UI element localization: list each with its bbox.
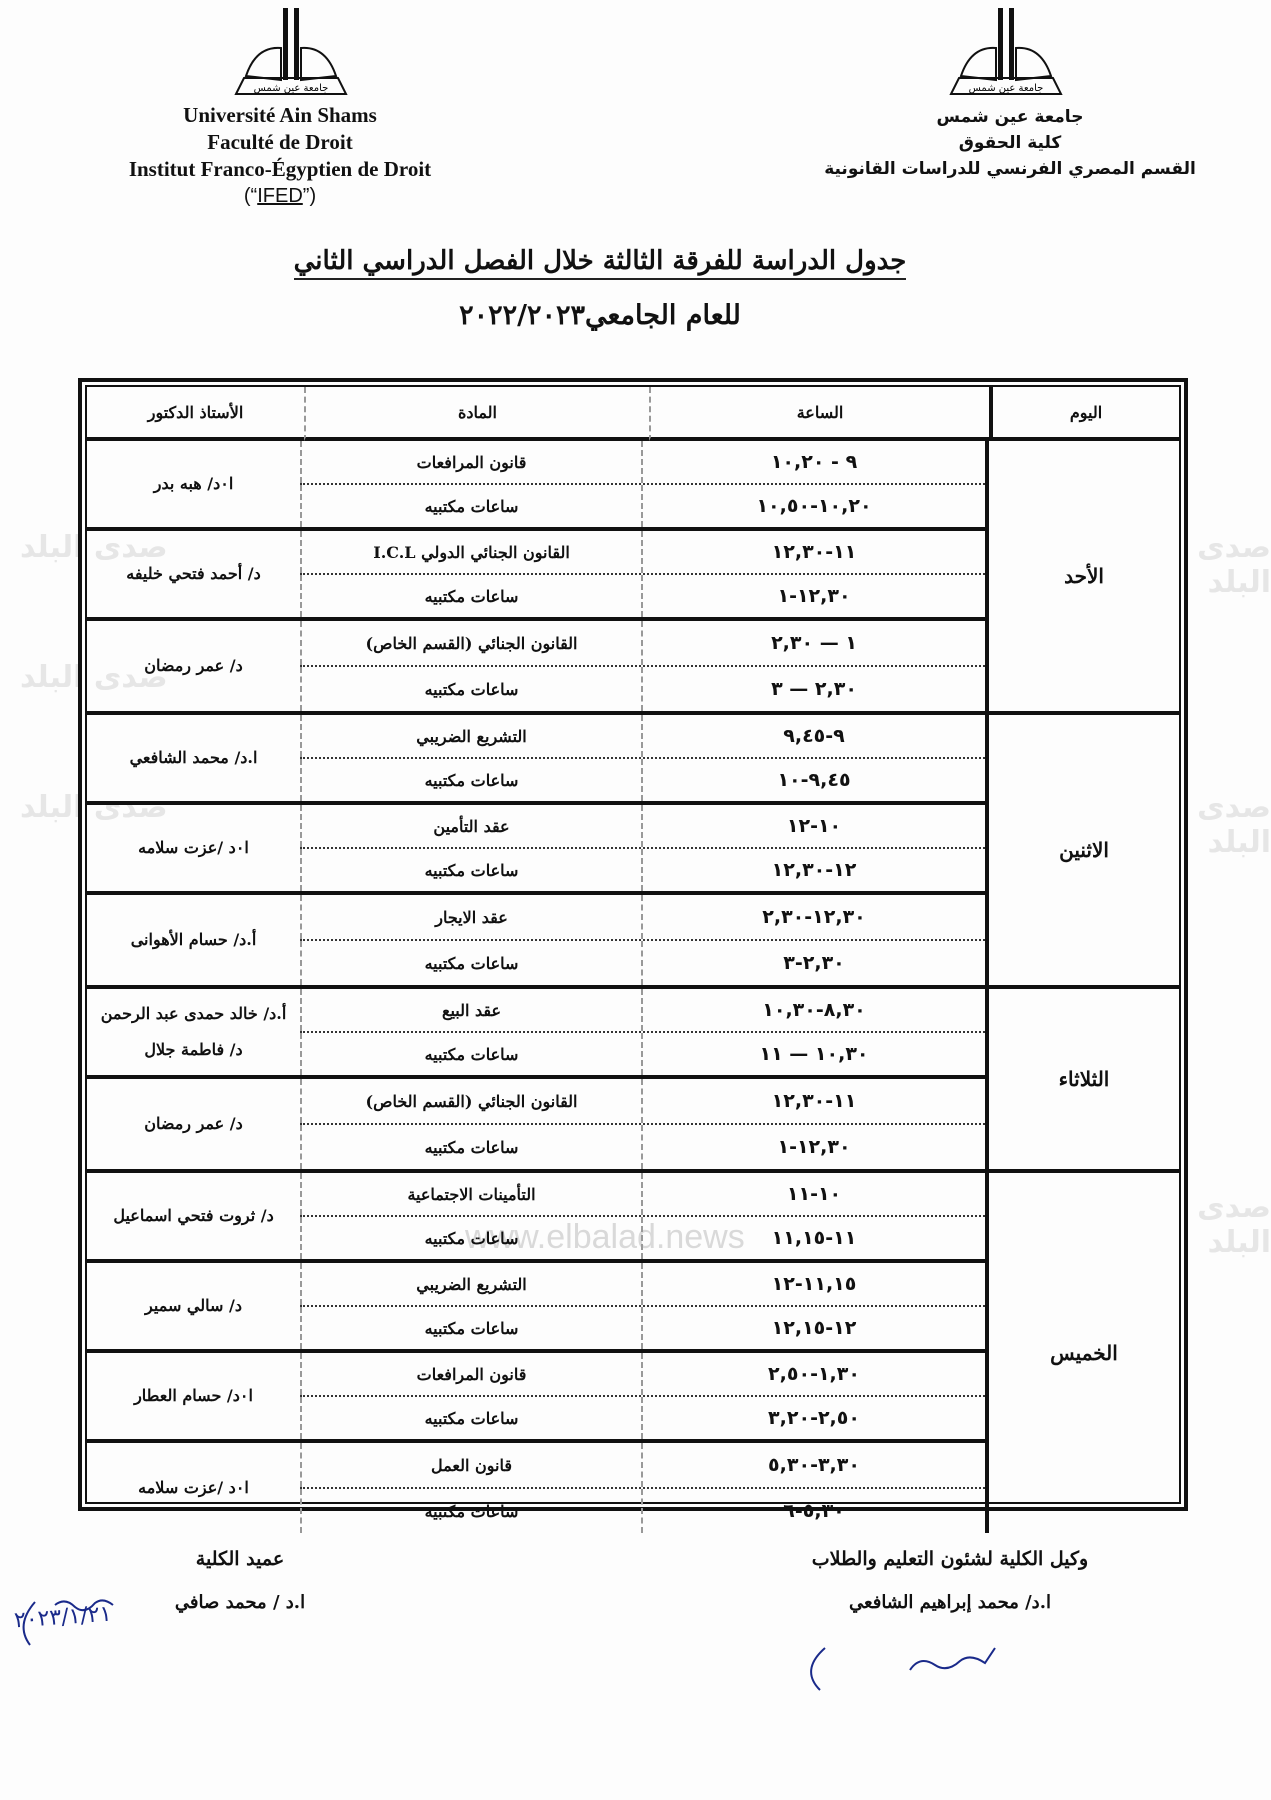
time-cell: ١١-١١,١٥ xyxy=(641,1217,985,1259)
course-block: ٨,٣٠-١٠,٣٠عقد البيع١٠,٣٠ — ١١ساعات مكتبي… xyxy=(87,989,985,1079)
professor-cell: ا٠د/ حسام العطار xyxy=(87,1353,300,1439)
day-cell: الاثنين xyxy=(985,715,1179,985)
subject-cell: ساعات مكتبيه xyxy=(300,1217,641,1259)
table-row: ١٠-١١التأمينات الاجتماعية xyxy=(300,1173,985,1217)
svg-text:جامعة عين شمس: جامعة عين شمس xyxy=(969,83,1044,94)
professor-name: ا٠د /عزت سلامه xyxy=(138,830,249,866)
professor-cell: ا٠د /عزت سلامه xyxy=(87,1443,300,1533)
subject-cell: التأمينات الاجتماعية xyxy=(300,1173,641,1215)
header-time: الساعة xyxy=(649,387,989,441)
time-cell: ٩-٩,٤٥ xyxy=(641,715,985,757)
french-header: Université Ain Shams Faculté de Droit In… xyxy=(70,102,490,210)
subject-cell: ساعات مكتبيه xyxy=(300,667,641,711)
time-cell: ٥,٣٠-٦ xyxy=(641,1489,985,1533)
time-cell: ١٢,٣٠-١ xyxy=(641,575,985,617)
vice-dean-handwritten-signature xyxy=(800,1640,1060,1700)
subject-cell: ساعات مكتبيه xyxy=(300,1307,641,1349)
vice-dean-name: ا.د/ محمد إبراهيم الشافعي xyxy=(760,1592,1140,1613)
professor-cell: أ.د/ حسام الأهوانى xyxy=(87,895,300,985)
professor-name: د/ عمر رمضان xyxy=(144,1106,243,1142)
time-cell: ١١,١٥-١٢ xyxy=(641,1263,985,1305)
subject-cell: قانون العمل xyxy=(300,1443,641,1487)
time-cell: ٩,٤٥-١٠ xyxy=(641,759,985,801)
table-row: ٢,٣٠-٣ساعات مكتبيه xyxy=(300,941,985,985)
time-cell: ١٠,٣٠ — ١١ xyxy=(641,1033,985,1075)
university-name-ar: جامعة عين شمس xyxy=(820,104,1200,130)
header-professor: الأستاذ الدكتور xyxy=(87,387,304,441)
day-group: الثلاثاء٨,٣٠-١٠,٣٠عقد البيع١٠,٣٠ — ١١ساع… xyxy=(87,989,1179,1173)
professor-name: د/ سالي سمير xyxy=(145,1288,242,1324)
table-row: ١١,١٥-١٢التشريع الضريبي xyxy=(300,1263,985,1307)
time-cell: ١٢,٣٠-٢,٣٠ xyxy=(641,895,985,939)
course-block: ٣,٣٠-٥,٣٠قانون العمل٥,٣٠-٦ساعات مكتبيها٠… xyxy=(87,1443,985,1533)
subject-cell: التشريع الضريبي xyxy=(300,715,641,757)
time-cell: ١١-١٢,٣٠ xyxy=(641,531,985,573)
course-block: ١١,١٥-١٢التشريع الضريبي١٢-١٢,١٥ساعات مكت… xyxy=(87,1263,985,1353)
time-cell: ١٢-١٢,١٥ xyxy=(641,1307,985,1349)
ain-shams-logo-left: جامعة عين شمس xyxy=(226,6,356,98)
time-cell: ١ — ٢,٣٠ xyxy=(641,621,985,665)
vice-dean-signature: وكيل الكلية لشئون التعليم والطلاب ا.د/ م… xyxy=(760,1548,1140,1613)
professor-cell: ا.د/ محمد الشافعي xyxy=(87,715,300,801)
table-row: ٣,٣٠-٥,٣٠قانون العمل xyxy=(300,1443,985,1489)
table-row: ٨,٣٠-١٠,٣٠عقد البيع xyxy=(300,989,985,1033)
table-row: ١٠-١٢عقد التأمين xyxy=(300,805,985,849)
university-name-fr: Université Ain Shams xyxy=(70,102,490,129)
vice-dean-role: وكيل الكلية لشئون التعليم والطلاب xyxy=(760,1548,1140,1570)
subject-cell: قانون المرافعات xyxy=(300,441,641,483)
subject-cell: القانون الجنائي الدولي I.C.L xyxy=(300,531,641,573)
time-cell: ٩ - ١٠,٢٠ xyxy=(641,441,985,483)
day-cell: الأحد xyxy=(985,441,1179,711)
time-cell: ١٠-١١ xyxy=(641,1173,985,1215)
header-subject: المادة xyxy=(304,387,649,441)
day-group: الاثنين٩-٩,٤٥التشريع الضريبي٩,٤٥-١٠ساعات… xyxy=(87,715,1179,989)
subject-cell: عقد التأمين xyxy=(300,805,641,847)
time-cell: ١,٣٠-٢,٥٠ xyxy=(641,1353,985,1395)
subject-cell: ساعات مكتبيه xyxy=(300,759,641,801)
time-cell: ١٠,٢٠-١٠,٥٠ xyxy=(641,485,985,527)
time-cell: ٨,٣٠-١٠,٣٠ xyxy=(641,989,985,1031)
subject-cell: ساعات مكتبيه xyxy=(300,575,641,617)
table-row: ١١-١٢,٣٠القانون الجنائي (القسم الخاص) xyxy=(300,1079,985,1125)
professor-name: د/ فاطمة جلال xyxy=(144,1032,242,1068)
professor-cell: أ.د/ خالد حمدى عبد الرحمند/ فاطمة جلال xyxy=(87,989,300,1075)
arabic-header: جامعة عين شمس كلية الحقوق القسم المصري ا… xyxy=(820,104,1200,182)
subject-cell: قانون المرافعات xyxy=(300,1353,641,1395)
table-row: ١٢-١٢,٣٠ساعات مكتبيه xyxy=(300,849,985,891)
institute-name-fr: Institut Franco-Égyptien de Droit xyxy=(70,156,490,183)
faculty-name-ar: كلية الحقوق xyxy=(820,130,1200,156)
dean-signature: عميد الكلية ا.د / محمد صافي xyxy=(140,1548,340,1613)
faculty-name-fr: Faculté de Droit xyxy=(70,129,490,156)
subject-cell: ساعات مكتبيه xyxy=(300,485,641,527)
schedule-body: الأحد٩ - ١٠,٢٠قانون المرافعات١٠,٢٠-١٠,٥٠… xyxy=(87,441,1179,1533)
time-cell: ١١-١٢,٣٠ xyxy=(641,1079,985,1123)
schedule-table: اليوم الساعة المادة الأستاذ الدكتور الأح… xyxy=(78,378,1188,1511)
professor-name: ا٠د /عزت سلامه xyxy=(138,1470,249,1506)
table-row: ٩-٩,٤٥التشريع الضريبي xyxy=(300,715,985,759)
table-row: ١٢-١٢,١٥ساعات مكتبيه xyxy=(300,1307,985,1349)
course-block: ١١-١٢,٣٠القانون الجنائي الدولي I.C.L١٢,٣… xyxy=(87,531,985,621)
ain-shams-logo-right: جامعة عين شمس xyxy=(941,6,1071,98)
subject-cell: ساعات مكتبيه xyxy=(300,1397,641,1439)
course-block: ٩ - ١٠,٢٠قانون المرافعات١٠,٢٠-١٠,٥٠ساعات… xyxy=(87,441,985,531)
professor-name: د/ أحمد فتحي خليفه xyxy=(126,556,261,592)
department-name-ar: القسم المصري الفرنسي للدراسات القانونية xyxy=(820,156,1200,182)
subject-cell: التشريع الضريبي xyxy=(300,1263,641,1305)
time-cell: ٢,٥٠-٣,٢٠ xyxy=(641,1397,985,1439)
professor-cell: ا٠د/ هبه بدر xyxy=(87,441,300,527)
course-block: ١,٣٠-٢,٥٠قانون المرافعات٢,٥٠-٣,٢٠ساعات م… xyxy=(87,1353,985,1443)
table-row: ٢,٥٠-٣,٢٠ساعات مكتبيه xyxy=(300,1397,985,1439)
table-row: ٩ - ١٠,٢٠قانون المرافعات xyxy=(300,441,985,485)
course-block: ١ — ٢,٣٠القانون الجنائي (القسم الخاص)٢,٣… xyxy=(87,621,985,711)
dean-role: عميد الكلية xyxy=(140,1548,340,1570)
subject-cell: ساعات مكتبيه xyxy=(300,1489,641,1533)
header-day: اليوم xyxy=(989,387,1179,441)
professor-cell: ا٠د /عزت سلامه xyxy=(87,805,300,891)
professor-name: ا.د/ محمد الشافعي xyxy=(130,740,258,776)
subject-cell: عقد البيع xyxy=(300,989,641,1031)
day-cell: الثلاثاء xyxy=(985,989,1179,1169)
professor-name: د/ ثروت فتحي اسماعيل xyxy=(113,1198,273,1234)
professor-cell: د/ سالي سمير xyxy=(87,1263,300,1349)
table-row: ١٠,٢٠-١٠,٥٠ساعات مكتبيه xyxy=(300,485,985,527)
time-cell: ٢,٣٠-٣ xyxy=(641,941,985,985)
dean-name: ا.د / محمد صافي xyxy=(140,1592,340,1613)
course-block: ١٠-١١التأمينات الاجتماعية١١-١١,١٥ساعات م… xyxy=(87,1173,985,1263)
subject-cell: القانون الجنائي (القسم الخاص) xyxy=(300,621,641,665)
table-row: ١٢,٣٠-١ساعات مكتبيه xyxy=(300,1125,985,1169)
course-block: ١٢,٣٠-٢,٣٠عقد الايجار٢,٣٠-٣ساعات مكتبيهأ… xyxy=(87,895,985,985)
table-row: ٥,٣٠-٦ساعات مكتبيه xyxy=(300,1489,985,1533)
svg-text:جامعة عين شمس: جامعة عين شمس xyxy=(254,83,329,94)
table-row: ١٢,٣٠-٢,٣٠عقد الايجار xyxy=(300,895,985,941)
subject-cell: ساعات مكتبيه xyxy=(300,941,641,985)
day-group: الأحد٩ - ١٠,٢٠قانون المرافعات١٠,٢٠-١٠,٥٠… xyxy=(87,441,1179,715)
professor-name: د/ عمر رمضان xyxy=(144,648,243,684)
dean-handwritten-signature xyxy=(10,1590,150,1650)
professor-name: ا٠د/ حسام العطار xyxy=(134,1378,253,1414)
time-cell: ٢,٣٠ — ٣ xyxy=(641,667,985,711)
document-title: جدول الدراسة للفرقة الثالثة خلال الفصل ا… xyxy=(250,246,950,276)
table-row: ١١-١٢,٣٠القانون الجنائي الدولي I.C.L xyxy=(300,531,985,575)
institute-abbr: (“IFED”) xyxy=(70,183,490,210)
course-block: ٩-٩,٤٥التشريع الضريبي٩,٤٥-١٠ساعات مكتبيه… xyxy=(87,715,985,805)
subject-cell: ساعات مكتبيه xyxy=(300,849,641,891)
table-row: ١٠,٣٠ — ١١ساعات مكتبيه xyxy=(300,1033,985,1075)
professor-name: أ.د/ حسام الأهوانى xyxy=(131,922,257,958)
subject-cell: ساعات مكتبيه xyxy=(300,1125,641,1169)
table-row: ١ — ٢,٣٠القانون الجنائي (القسم الخاص) xyxy=(300,621,985,667)
time-cell: ٣,٣٠-٥,٣٠ xyxy=(641,1443,985,1487)
professor-cell: د/ عمر رمضان xyxy=(87,621,300,711)
table-row: ١٢,٣٠-١ساعات مكتبيه xyxy=(300,575,985,617)
day-cell: الخميس xyxy=(985,1173,1179,1533)
course-block: ١١-١٢,٣٠القانون الجنائي (القسم الخاص)١٢,… xyxy=(87,1079,985,1169)
subject-cell: عقد الايجار xyxy=(300,895,641,939)
table-row: ١١-١١,١٥ساعات مكتبيه xyxy=(300,1217,985,1259)
time-cell: ١٢-١٢,٣٠ xyxy=(641,849,985,891)
academic-year: للعام الجامعي٢٠٢٢/٢٠٢٣ xyxy=(250,300,950,331)
subject-cell: القانون الجنائي (القسم الخاص) xyxy=(300,1079,641,1123)
professor-cell: د/ أحمد فتحي خليفه xyxy=(87,531,300,617)
day-group: الخميس١٠-١١التأمينات الاجتماعية١١-١١,١٥س… xyxy=(87,1173,1179,1533)
professor-name: ا٠د/ هبه بدر xyxy=(154,466,234,502)
table-row: ٩,٤٥-١٠ساعات مكتبيه xyxy=(300,759,985,801)
time-cell: ١٠-١٢ xyxy=(641,805,985,847)
table-row: ١,٣٠-٢,٥٠قانون المرافعات xyxy=(300,1353,985,1397)
professor-cell: د/ عمر رمضان xyxy=(87,1079,300,1169)
time-cell: ١٢,٣٠-١ xyxy=(641,1125,985,1169)
professor-name: أ.د/ خالد حمدى عبد الرحمن xyxy=(101,996,287,1032)
professor-cell: د/ ثروت فتحي اسماعيل xyxy=(87,1173,300,1259)
course-block: ١٠-١٢عقد التأمين١٢-١٢,٣٠ساعات مكتبيها٠د … xyxy=(87,805,985,895)
table-row: ٢,٣٠ — ٣ساعات مكتبيه xyxy=(300,667,985,711)
subject-cell: ساعات مكتبيه xyxy=(300,1033,641,1075)
